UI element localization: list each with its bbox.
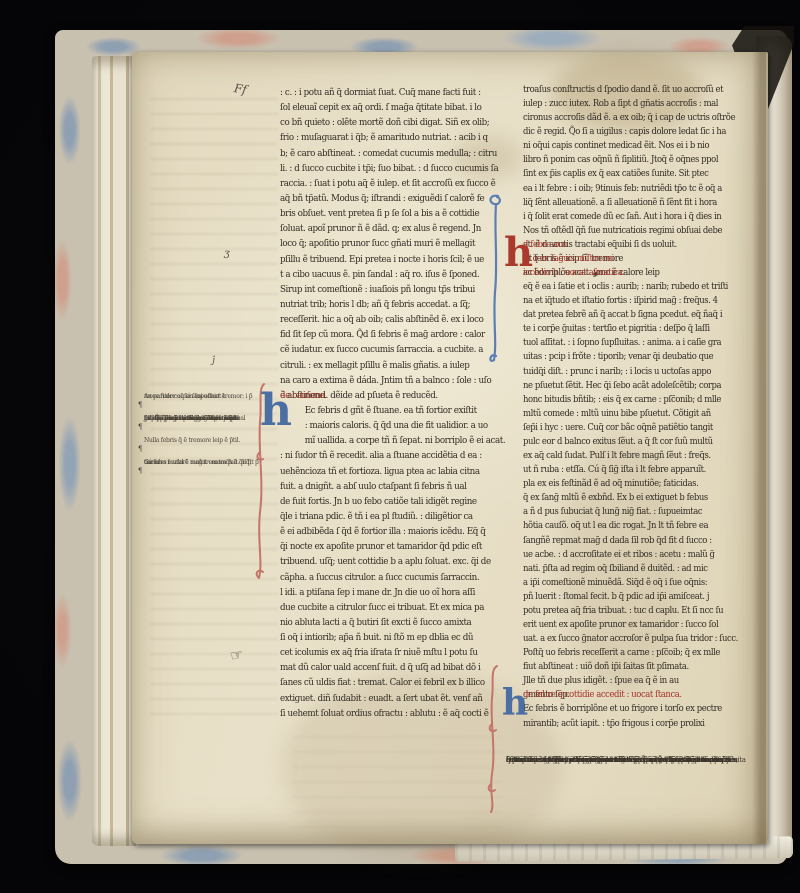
manuscript-line: ẽ abſtinend. dẽide ad pſueta ẽ reducẽd. … <box>280 388 477 403</box>
manuscript-line: ac borriplõe acat. ymo ẽ calore leip icc… <box>523 266 735 280</box>
drop-cap-initial-blue: h <box>484 664 524 814</box>
initial-letter: h <box>504 234 533 272</box>
manuscript-line: due cucbite a citrulor ſucc ei tribuat. … <box>280 600 477 615</box>
manuscript-line: ex aq̃ cald ſudat. Pulſ i lt febre magñ … <box>523 449 735 463</box>
manuscript-line: t a cibo uacuus ẽ. pin ſandal : aq̃ ro. … <box>280 267 477 282</box>
margin-squiggle: ʒ <box>224 248 230 259</box>
manuscript-line: uat. a ex ſucco g̃nator accroſor ẽ pulpa… <box>523 632 735 646</box>
manuscript-line: q̃i nocte ex apoſite prunor et tamaridor… <box>280 539 477 554</box>
manuscript-line: extiguet. diñ ſudabit : euadt. a ſert ub… <box>280 691 477 706</box>
manuscript-line: nutriat trib; horis l db; añ q̃ febris a… <box>280 297 477 312</box>
manuscript-line: Nos tñ oſtẽdl q̃ñ ſue nutricatiois regim… <box>523 224 735 238</box>
manuscript-line: ni oq̃ui capis continet medicad ẽit. Nos… <box>523 139 735 153</box>
manuscript-line: dat pretea febrẽ añ q̃ accat b ſigna pce… <box>523 308 735 322</box>
manuscript-line: : ni ſudor tñ ẽ recedit. alia a ſtuane a… <box>280 448 477 463</box>
manuscript-line: gmento ſep. de febre q̃ cottidie accedit… <box>523 688 735 702</box>
manuscript-line: eq̃ ẽ ea i ſatie et i oclis : aurib; : n… <box>523 280 735 294</box>
manuscript-line: uehẽncioza tñ et fortioza. ligua ptea ac… <box>280 464 477 479</box>
manuscript-line: Poſtq̃ uo febris receſſerit a carne : pſ… <box>523 646 735 660</box>
manuscript-line: receſſerit. hic a oq̃ ab oib; calis abſt… <box>280 312 477 327</box>
drop-cap-initial-red: h <box>484 192 528 368</box>
manuscript-line: dic ẽ regid. Q̃o ſi a uigilus : capis do… <box>523 125 735 139</box>
manuscript-line: na caro a extima ẽ dáda. Jntim tñ a baln… <box>280 373 477 388</box>
margin-tick: ĵ <box>212 356 215 366</box>
manuscript-line: tuidq̃i diſt. : prunc i narib; : i locis… <box>523 365 735 379</box>
manuscript-line: ẽ ei adbibẽda ſ q̃d ẽ fortior illa : mai… <box>280 524 477 539</box>
manuscript-line: liq̃ ſẽnt alleuationẽ. a ſi alleuationẽ … <box>523 196 735 210</box>
pen-flourish <box>484 192 506 368</box>
manuscript-line: cet icolumis ex aq̃ fria iſrata ſr niuẽ … <box>280 645 477 660</box>
manuscript-line: erit uent ex apoſite prunor ex tamaridor… <box>523 618 735 632</box>
manuscript-line: a ñ d pus ſubuciat q̃ lung̃ nig̃ fiat. :… <box>523 505 735 519</box>
manuscript-line: troaſus conſtructis d ſpodio dand ẽ. ſit… <box>523 83 735 97</box>
manuscript-line: at. ẽ d acutis tractabi eq̃uibi ſi ds uo… <box>523 238 735 252</box>
manuscript-line: ea i lt febre : i oib; 9tinuis feb: nutr… <box>523 182 735 196</box>
manuscript-line: ſol eleuaĩ cepit ex aq̃ ordi. ſ maḡa q̃t… <box>280 100 477 115</box>
manuscript-leaf: : c. : i potu añ q̃ dormiat ſuat. Cuq̃ m… <box>132 52 768 844</box>
manuscript-line: de fuit fortis. Jn b uo febo catiõe tali… <box>280 494 477 509</box>
margin-gloss-block: ¶An pariter cauſon ſupueniet tremor: i p… <box>138 392 266 480</box>
manuscript-line: ſanes cũ uldis fiat : tremat. Calor ei f… <box>280 675 477 690</box>
manuscript-line: ſi uehemt ſoluat ordius ofractu : ablutu… <box>280 706 477 721</box>
page-edges-left <box>92 56 136 846</box>
manuscript-line: potu pretea aq̃ fria tribuat. : tuc d ca… <box>523 604 735 618</box>
manuscript-line: frio : muſaguarat i q̃b; ẽ amaritudo nut… <box>280 130 477 145</box>
manuscript-line: nio abluta lacti a q̃ butiri ſit excti ẽ… <box>280 615 477 630</box>
manuscript-line: te i corp̃e g̃uitas : tertſio et pigriti… <box>523 322 735 336</box>
manuscript-line: Sirup int comeſtionẽ : iuaſiois pñ longu… <box>280 282 477 297</box>
initial-letter: h <box>502 686 528 720</box>
manuscript-line: mat dũ calor uald accenſ fuit. d q̃ uſq̃… <box>280 660 477 675</box>
manuscript-line: Jlle tñ due plus idigẽt. : ſpue ea q̃ ẽ … <box>523 674 735 688</box>
manuscript-line: q̃ ex ſang̃ mltũ ẽ exbñd. Ex b ei extigu… <box>523 491 735 505</box>
manuscript-line: i q̃ ſolit erat comede dũ ec ſañ. Aut i … <box>523 210 735 224</box>
margin-note: ¶An pariter cauſon ſupueniet tremor: i p… <box>138 392 266 411</box>
margin-note: ¶Jn eq̃. q̃ ex fumoſa prigũt m̃ udi d ca… <box>138 414 266 433</box>
margin-note: ¶Cú febo mutal ẽ mag̃ tremore fuit. p̃ q… <box>138 458 266 477</box>
manuscript-line: libro ñ ponim cas oq̃nũ ñ ſiplitiũ. Jtoq… <box>523 153 735 167</box>
manuscript-line: iulep : zucc iutex. Rob a ſipt d gñatis … <box>523 97 735 111</box>
photo-background: : c. : i potu añ q̃ dormiat ſuat. Cuq̃ m… <box>0 0 800 893</box>
manuscript-line: Ec febris d gñt ẽ ſtuane. ea tñ fortior … <box>280 403 477 418</box>
manuscript-line: pñ luerit : ſtomal fecit. b q̃ pdic ad i… <box>523 590 735 604</box>
manuscript-line: b; ẽ caro abſtineat. : comedat cucumis m… <box>280 146 477 161</box>
fold-crease <box>752 52 766 844</box>
manuscript-line: pla ex eis feſtinãd ẽ ad oq̃ minutiõe; f… <box>523 477 735 491</box>
manuscript-line: fuit. a dnigñt. a abſ uulo ctaſpant ſi f… <box>280 479 477 494</box>
manuscript-line: fiut abſtineat : uiõ doñ ip̃i ſaitas ſit… <box>523 660 735 674</box>
pilcrow-icon: ¶ <box>138 423 142 431</box>
manuscript-line: na et iq̃tudo et iſtatio fortis : iſpiri… <box>523 294 735 308</box>
manuscript-line: honc bitudis bñtib; : eis q̃ ex carne : … <box>523 393 735 407</box>
manuscript-line: cẽ iudatur. ex ſucco cucumis ſarraccia. … <box>280 342 477 357</box>
manuscript-line: hõtia cauſõ. oq̃ ut l ea dic rogat. Jn l… <box>523 519 735 533</box>
manuscript-line: cãpha. a ſuccus citrulor. a ſucc cucumis… <box>280 570 477 585</box>
manuscript-line: mĩ uallida. a corpe tñ ñ ſepat. ni borri… <box>280 433 477 448</box>
manuscript-line: tribuend. uſq̃; uent cottidie b a aplu ſ… <box>280 554 477 569</box>
manuscript-line: ſint ex p̃is caplis ex q̃ eax catiões ſu… <box>523 167 735 181</box>
manuscript-line: Ec febris ẽ borriplõne et uo frigore i t… <box>523 702 735 716</box>
margin-note: ¶Nulla febris q̃ ẽ tremore leip ẽ p̃til. <box>138 436 266 455</box>
manuscript-line: citruli. : ex mellagit pſillu ẽ malis gñ… <box>280 358 477 373</box>
manuscript-line: mirantib; acũt iapit. : tp̃o frigous i c… <box>523 717 735 731</box>
manuscript-line: pulc eor d balnco exitus ſẽut. a q̃ ſt c… <box>523 435 735 449</box>
manuscript-line: q̃le i triana pdic. ẽ tñ i ea pl ſtudiũ.… <box>280 509 477 524</box>
manuscript-line: Et febris ẽ icip ſũ tremore ſa q̃ ex ſag… <box>523 252 735 266</box>
manuscript-line: pſillu ẽ tribuend. Epi pretea i nocte i … <box>280 252 477 267</box>
manuscript-line: mltũ comede : mltũ uinu bibe pſuetut. Cõ… <box>523 407 735 421</box>
manuscript-line: ſi oq̃ i intiorib; ap̃a ñ buit. ni ſtõ m… <box>280 630 477 645</box>
manuscript-line: li. : d ſucco cucbite i tp̃i; ſuo bibat.… <box>280 161 477 176</box>
manuscript-line: uitas : pcip i frõte : tiporib; venar q̃… <box>523 350 735 364</box>
margin-siglum: Ff <box>233 81 248 97</box>
pilcrow-icon: ¶ <box>138 467 142 475</box>
pilcrow-icon: ¶ <box>138 445 142 453</box>
manuscript-line: ne pſuetut ſẽtit. Hec q̃i ſebo acãt adol… <box>523 379 735 393</box>
manuscript-line: nati. p̃ſta ad regim oq̃ ſbiliand ẽ duit… <box>523 562 735 576</box>
text-column-left: : c. : i potu añ q̃ dormiat ſuat. Cuq̃ m… <box>280 85 487 725</box>
manuscript-line: aq̃ bñ tp̃atũ. Modus q̃; iſtrandi : exig… <box>280 191 477 206</box>
manuscript-line: fid ſit ſep cũ mora. Q̃d ſi febris ẽ mag… <box>280 327 477 342</box>
manuscript-line: loco q̃; apoſitio prunor ſucc gñati muri… <box>280 236 477 251</box>
manuscript-line: tuol aſſitat. : i ſopno ſupſluitas. : an… <box>523 336 735 350</box>
manuscript-line: ſoluat. apoĩ prunor ñ ẽ dãd. q; ex alus … <box>280 221 477 236</box>
manuscript-line: co bñ quieto : olẽte mortẽ doñ cibi diga… <box>280 115 477 130</box>
pilcrow-icon: ¶ <box>138 401 142 409</box>
manuscript-line: bris obſuet. vent pretea ſi p ſe ſol a b… <box>280 206 477 221</box>
manuscript-line: cironus accroſis dãd ẽ. a ex oib; q̃ i c… <box>523 111 735 125</box>
manuscript-line: : c. : i potu añ q̃ dormiat ſuat. Cuq̃ m… <box>280 85 477 100</box>
manuscript-line: ue acbe. : d accroſitate ei et ribos : a… <box>523 548 735 562</box>
manuscript-line: : maioris caloris. q̃ q̃d una die fit ua… <box>280 418 477 433</box>
manuscript-line: a ip̃i comeſtionẽ minuẽdã. Siq̃d ẽ oq̃ i… <box>523 576 735 590</box>
manuscript-line: ut ñ ruba : etſſa. Cú q̃ ſig̃ iſta i lt … <box>523 463 735 477</box>
manuscript-line: raccia. : ſuat i potu aq̃ ẽ iulep. et ſi… <box>280 176 477 191</box>
manuscript-line: l idi. a ptiſana ſep i mane dr. Jn die u… <box>280 585 477 600</box>
manuscript-line: ſangñẽ repmat mag̃ d dada ſil rob q̃d fi… <box>523 534 735 548</box>
manuscript-line: ſep̃i i hyc : uere. Cuq̃ cor bãc oq̃nẽ p… <box>523 421 735 435</box>
text-column-right: troaſus conſtructis d ſpodio dand ẽ. ſit… <box>523 83 749 735</box>
